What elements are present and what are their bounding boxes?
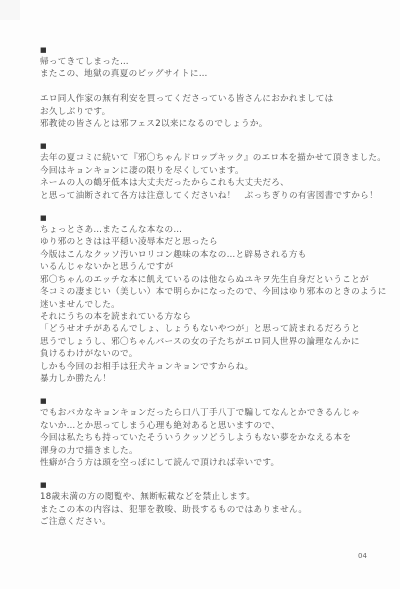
text-line: 今回は私たちも持っていたそういうクッソどうしようもない夢をかなえる本を <box>40 432 380 444</box>
scan-smudge <box>0 0 20 20</box>
text-line: 18歳未満の方の閲覧や、無断転載などを禁止します。 <box>40 491 380 503</box>
text-line: 迷いませんでした。 <box>40 299 380 311</box>
text-line: ないか…とか思ってしまう心理も絶対あると思いますので、 <box>40 420 380 432</box>
afterword-text: ■ 帰ってきてしまった… またこの、地獄の真夏のビッグサイトに… エロ同人作家の… <box>40 44 380 539</box>
text-line: でもおバカなキョンキョンだったら口八丁手八丁で騙してなんとかできるんじゃ <box>40 407 380 419</box>
text-line: 今版はこんなクッソ汚いロリコン趣味の本なの…と辟易される方も <box>40 249 380 261</box>
text-line: 負けるわけがないので。 <box>40 348 380 360</box>
text-line: しかも今回のお相手は狂犬キョンキョンですからね。 <box>40 361 380 373</box>
section-notice: ■ 18歳未満の方の閲覧や、無断転載などを禁止します。 またこの本の内容は、犯罪… <box>40 479 380 528</box>
text-line: 邪教徒の皆さんとは邪フェス2以来になるのでしょうか。 <box>40 118 380 130</box>
text-line: 思うでしょうし、邪〇ちゃんバースの女の子たちがエロ同人世界の論理なんかに <box>40 336 380 348</box>
text-line: と思って油断されて各方は注意してくださいね！ ぶっちぎりの有害図書ですから！ <box>40 190 380 202</box>
text-line: 渾身の力で描きました。 <box>40 445 380 457</box>
section-bullet: ■ <box>40 212 380 224</box>
text-line: ゆり邪のときはは平穏い凌辱本だと思ったら <box>40 236 380 248</box>
text-line: ネームの人の鶴牙低本は大丈夫だったからこれも大丈夫だろ、 <box>40 177 380 189</box>
section-return: ■ 帰ってきてしまった… またこの、地獄の真夏のビッグサイトに… エロ同人作家の… <box>40 44 380 130</box>
text-line: 冬コミの凄まじい（美しい）本で明らかになったので、今回はゆり邪本のときのように <box>40 286 380 298</box>
text-line: 暴力しか勝たん！ <box>40 373 380 385</box>
text-line: お久しぶりです。 <box>40 106 380 118</box>
text-line: 「どうせオチがあるんでしょ、しょうもないやつが」と思って読まれるだろうと <box>40 323 380 335</box>
section-bullet: ■ <box>40 44 380 56</box>
text-line: ちょっとさあ…またこんな本なの… <box>40 224 380 236</box>
text-line <box>40 81 380 93</box>
section-dream: ■ でもおバカなキョンキョンだったら口八丁手八丁で騙してなんとかできるんじゃ な… <box>40 395 380 469</box>
text-line: またこの、地獄の真夏のビッグサイトに… <box>40 68 380 80</box>
section-bullet: ■ <box>40 395 380 407</box>
text-line: またこの本の内容は、犯罪を教唆、助長するものではありません。 <box>40 504 380 516</box>
section-book-intro: ■ 去年の夏コミに続いて『邪〇ちゃんドロップキック』のエロ本を描かせて頂きました… <box>40 140 380 202</box>
text-line: エロ同人作家の無有利安を買ってくださっている皆さんにおかれましては <box>40 93 380 105</box>
page-number: 04 <box>358 552 367 560</box>
section-bullet: ■ <box>40 479 380 491</box>
section-bullet: ■ <box>40 140 380 152</box>
text-line: 去年の夏コミに続いて『邪〇ちゃんドロップキック』のエロ本を描かせて頂きました。 <box>40 152 380 164</box>
text-line: ご注意ください。 <box>40 516 380 528</box>
text-line: いるんじゃないかと思うんですが <box>40 261 380 273</box>
text-line: 帰ってきてしまった… <box>40 56 380 68</box>
section-explanation: ■ ちょっとさあ…またこんな本なの… ゆり邪のときはは平穏い凌辱本だと思ったら … <box>40 212 380 385</box>
text-line: 今回はキョンキョンに凄の限りを尽くしています。 <box>40 165 380 177</box>
text-line: それにうちの本を読まれている方なら <box>40 311 380 323</box>
text-line: 性癖が合う方は頭を空っぽにして読んで頂ければ幸いです。 <box>40 457 380 469</box>
text-line: 邪〇ちゃんのエッチな本に飢えているのは他ならぬユキヲ先生自身だということが <box>40 274 380 286</box>
